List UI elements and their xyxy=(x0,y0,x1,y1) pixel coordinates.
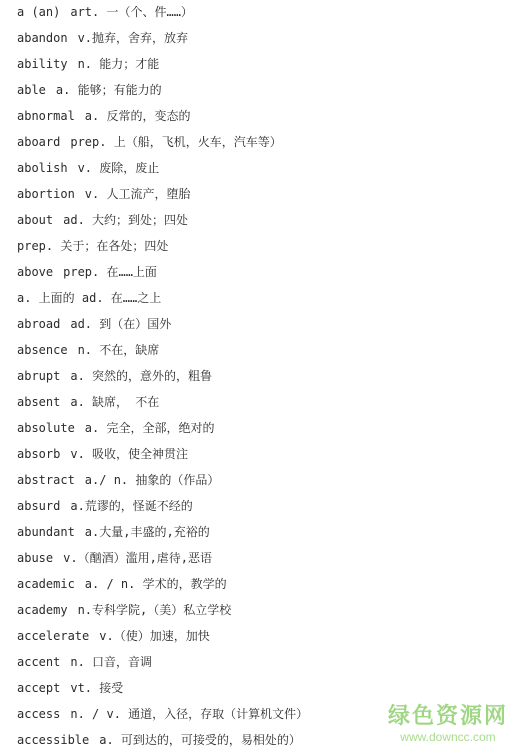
entry-word: ability xyxy=(17,57,68,71)
entry-definition: a./ n. 抽象的（作品） xyxy=(85,473,220,487)
entry-definition: n. 能力；才能 xyxy=(78,57,160,71)
entry-word: academy xyxy=(17,603,68,617)
entry-word: abroad xyxy=(17,317,60,331)
vocab-entry: accessn. / v. 通道，入径，存取（计算机文件） xyxy=(17,705,308,731)
entry-definition: a. 可到达的，可接受的，易相处的） xyxy=(99,733,301,747)
entry-word: abuse xyxy=(17,551,53,565)
entry-definition: a. 上面的 ad. 在……之上 xyxy=(17,291,161,305)
entry-definition: a. 完全，全部，绝对的 xyxy=(85,421,215,435)
entry-word: abrupt xyxy=(17,369,60,383)
entry-definition: v.（酗酒）滥用,虐待,恶语 xyxy=(63,551,212,565)
entry-definition: a. 缺席， 不在 xyxy=(70,395,159,409)
entry-word: access xyxy=(17,707,60,721)
entry-word: abnormal xyxy=(17,109,75,123)
entry-definition: a.大量,丰盛的,充裕的 xyxy=(85,525,210,539)
watermark-url: www.downcc.com xyxy=(388,730,508,744)
entry-definition: prep. 上（船，飞机，火车，汽车等） xyxy=(70,135,281,149)
vocab-entry: abnormala. 反常的，变态的 xyxy=(17,107,308,133)
entry-definition: a. / n. 学术的，教学的 xyxy=(85,577,227,591)
entry-word: above xyxy=(17,265,53,279)
vocab-entry: a (an)art. 一（个、件……） xyxy=(17,3,308,29)
vocab-entry: abusev.（酗酒）滥用,虐待,恶语 xyxy=(17,549,308,575)
entry-word: abolish xyxy=(17,161,68,175)
vocab-entry: abrupta. 突然的，意外的，粗鲁 xyxy=(17,367,308,393)
entry-definition: art. 一（个、件……） xyxy=(70,5,193,19)
entry-definition: v. 人工流产，堕胎 xyxy=(85,187,191,201)
entry-word: accelerate xyxy=(17,629,89,643)
entry-word: able xyxy=(17,83,46,97)
entry-definition: v. 废除，废止 xyxy=(78,161,160,175)
entry-definition: prep. 关于；在各处；四处 xyxy=(17,239,168,253)
vocab-entry: abolishv. 废除，废止 xyxy=(17,159,308,185)
vocab-entry: ablea. 能够；有能力的 xyxy=(17,81,308,107)
vocab-entry: absurda.荒谬的，怪诞不经的 xyxy=(17,497,308,523)
vocab-entry: academica. / n. 学术的，教学的 xyxy=(17,575,308,601)
vocabulary-list: a (an)art. 一（个、件……） abandonv.抛弃，舍弃，放弃 ab… xyxy=(17,3,308,754)
vocab-entry: abstracta./ n. 抽象的（作品） xyxy=(17,471,308,497)
entry-definition: a. 突然的，意外的，粗鲁 xyxy=(70,369,212,383)
entry-definition: v. 吸收，使全神贯注 xyxy=(70,447,188,461)
vocab-entry: accessiblea. 可到达的，可接受的，易相处的） xyxy=(17,731,308,754)
vocab-entry: absorbv. 吸收，使全神贯注 xyxy=(17,445,308,471)
vocab-entry: aboutad. 大约；到处；四处 xyxy=(17,211,308,237)
entry-word: accept xyxy=(17,681,60,695)
vocab-entry: abilityn. 能力；才能 xyxy=(17,55,308,81)
vocab-entry: acceptvt. 接受 xyxy=(17,679,308,705)
entry-definition: vt. 接受 xyxy=(70,681,123,695)
entry-definition: n.专科学院,（美）私立学校 xyxy=(78,603,232,617)
vocab-entry: acceleratev.（使）加速，加快 xyxy=(17,627,308,653)
entry-word: absence xyxy=(17,343,68,357)
entry-definition: n. / v. 通道，入径，存取（计算机文件） xyxy=(70,707,308,721)
entry-word: absent xyxy=(17,395,60,409)
entry-word: about xyxy=(17,213,53,227)
entry-word: abstract xyxy=(17,473,75,487)
entry-definition: n. 口音，音调 xyxy=(70,655,152,669)
vocab-entry: absencen. 不在，缺席 xyxy=(17,341,308,367)
entry-word: absurd xyxy=(17,499,60,513)
vocab-entry: academyn.专科学院,（美）私立学校 xyxy=(17,601,308,627)
vocab-entry: abandonv.抛弃，舍弃，放弃 xyxy=(17,29,308,55)
entry-word: accessible xyxy=(17,733,89,747)
entry-definition: n. 不在，缺席 xyxy=(78,343,160,357)
entry-word: abortion xyxy=(17,187,75,201)
vocab-entry: aboveprep. 在……上面 xyxy=(17,263,308,289)
site-watermark: 绿色资源网 www.downcc.com xyxy=(388,704,508,744)
vocab-entry: abortionv. 人工流产，堕胎 xyxy=(17,185,308,211)
entry-definition: ad. 到（在）国外 xyxy=(70,317,171,331)
watermark-title: 绿色资源网 xyxy=(388,704,508,730)
vocab-entry: absolutea. 完全，全部，绝对的 xyxy=(17,419,308,445)
entry-word: aboard xyxy=(17,135,60,149)
vocab-entry: absenta. 缺席， 不在 xyxy=(17,393,308,419)
vocab-entry-continuation: a. 上面的 ad. 在……之上 xyxy=(17,289,308,315)
entry-definition: prep. 在……上面 xyxy=(63,265,157,279)
entry-word: abundant xyxy=(17,525,75,539)
entry-definition: a. 反常的，变态的 xyxy=(85,109,191,123)
entry-definition: v.抛弃，舍弃，放弃 xyxy=(78,31,188,45)
entry-word: academic xyxy=(17,577,75,591)
entry-word: absolute xyxy=(17,421,75,435)
entry-word: absorb xyxy=(17,447,60,461)
entry-definition: a. 能够；有能力的 xyxy=(56,83,162,97)
vocab-entry-continuation: prep. 关于；在各处；四处 xyxy=(17,237,308,263)
entry-definition: a.荒谬的，怪诞不经的 xyxy=(70,499,192,513)
vocab-entry: abroadad. 到（在）国外 xyxy=(17,315,308,341)
entry-word: abandon xyxy=(17,31,68,45)
entry-definition: v.（使）加速，加快 xyxy=(99,629,209,643)
vocab-entry: accentn. 口音，音调 xyxy=(17,653,308,679)
entry-word: accent xyxy=(17,655,60,669)
entry-definition: ad. 大约；到处；四处 xyxy=(63,213,188,227)
entry-word: a (an) xyxy=(17,5,60,19)
vocab-entry: abundanta.大量,丰盛的,充裕的 xyxy=(17,523,308,549)
vocab-entry: aboardprep. 上（船，飞机，火车，汽车等） xyxy=(17,133,308,159)
